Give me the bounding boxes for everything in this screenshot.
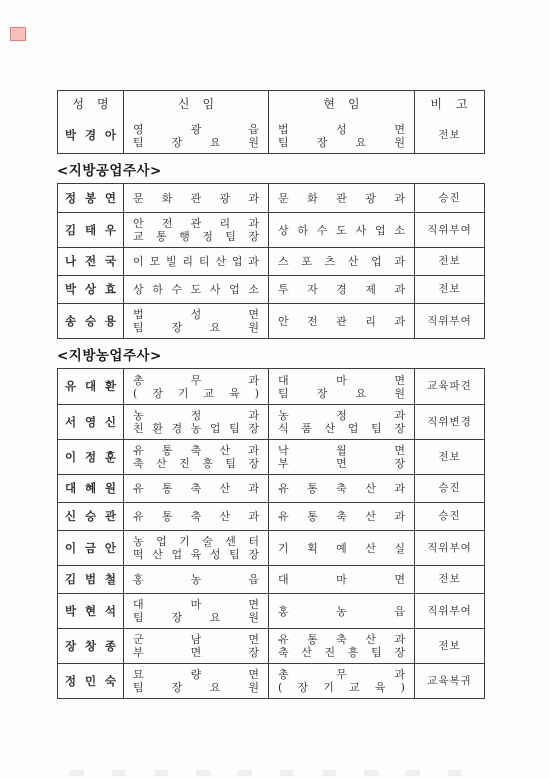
name-cell: 유대환 (58, 369, 123, 404)
new-position-cell: 영광읍팀장요원 (123, 118, 268, 153)
current-position-cell: 스포츠산업과 (268, 248, 414, 275)
column-header-current-position: 현임 (268, 91, 414, 118)
personnel-table: 성명 신임 현임 비고 박경아 영광읍팀장요원 법성면팀장요원 전보 (57, 90, 485, 154)
new-position-cell: 상하수도사업소 (123, 276, 268, 303)
current-position-cell: 농정과식품산업팀장 (268, 405, 414, 439)
table-row: 김태우 안전관리과교통행정팀장 상하수도사업소 직위부여 (58, 212, 484, 247)
section-block: <지방농업주사> 유대환 총무과(장기교육) 대마면팀장요원 교육파견 서영신 … (57, 339, 485, 699)
current-position-cell: 문화관광과 (268, 184, 414, 212)
new-position-cell: 홍농읍 (123, 566, 268, 593)
note-cell: 전보 (414, 629, 484, 663)
new-position-cell: 유통축산과축산진흥팀장 (123, 440, 268, 474)
note-cell: 직위부여 (414, 213, 484, 247)
name-cell: 박현석 (58, 594, 123, 628)
name-cell: 박상효 (58, 276, 123, 303)
column-header-label: 비고 (415, 98, 484, 111)
name-cell: 정민숙 (58, 664, 123, 698)
current-position-cell: 유통축산과 (268, 475, 414, 502)
note-cell: 전보 (414, 440, 484, 474)
table-row: 서영신 농정과친환경농업팀장 농정과식품산업팀장 직위변경 (58, 404, 484, 439)
table-row: 박상효 상하수도사업소 투자경제과 전보 (58, 275, 484, 303)
column-header-new-position: 신임 (123, 91, 268, 118)
name-cell: 박경아 (58, 118, 123, 153)
current-position-cell: 법성면팀장요원 (268, 118, 414, 153)
note-cell: 전보 (414, 566, 484, 593)
current-position-cell: 유통축산과 (268, 503, 414, 530)
current-position-cell: 유통축산과축산진흥팀장 (268, 629, 414, 663)
name-cell: 송승용 (58, 304, 123, 338)
personnel-table: 유대환 총무과(장기교육) 대마면팀장요원 교육파견 서영신 농정과친환경농업팀… (57, 368, 485, 699)
name-cell: 신승관 (58, 503, 123, 530)
table-row: 대혜원 유통축산과 유통축산과 승진 (58, 474, 484, 502)
current-position-cell: 총무과(장기교육) (268, 664, 414, 698)
note-cell: 교육복귀 (414, 664, 484, 698)
scan-artifact (70, 770, 490, 776)
column-header-note: 비고 (414, 91, 484, 118)
note-cell: 전보 (414, 248, 484, 275)
new-position-cell: 유통축산과 (123, 475, 268, 502)
new-position-cell: 농업기술센터떡산업육성팀장 (123, 531, 268, 565)
header-row: 성명 신임 현임 비고 (58, 91, 484, 118)
note-cell: 전보 (414, 118, 484, 153)
note-cell: 전보 (414, 276, 484, 303)
current-position-cell: 홍농읍 (268, 594, 414, 628)
name-cell: 이정훈 (58, 440, 123, 474)
name-cell: 장창종 (58, 629, 123, 663)
column-header-name: 성명 (58, 91, 123, 118)
table-row: 이정훈 유통축산과축산진흥팀장 낙월면부면장 전보 (58, 439, 484, 474)
note-cell: 승진 (414, 475, 484, 502)
name-cell: 이금안 (58, 531, 123, 565)
new-position-cell: 유통축산과 (123, 503, 268, 530)
table-row: 정봉연 문화관광과 문화관광과 승진 (58, 184, 484, 212)
column-header-label: 성명 (58, 98, 123, 111)
new-position-cell: 대마면팀장요원 (123, 594, 268, 628)
current-position-cell: 대마면 (268, 566, 414, 593)
note-cell: 교육파견 (414, 369, 484, 404)
name-cell: 김범철 (58, 566, 123, 593)
column-header-label: 신임 (124, 98, 268, 111)
table-row: 송승용 법성면팀장요원 안전관리과 직위부여 (58, 303, 484, 338)
section-block: <지방공업주사> 정봉연 문화관광과 문화관광과 승진 김태우 안전관리과교통행… (57, 154, 485, 339)
current-position-cell: 낙월면부면장 (268, 440, 414, 474)
current-position-cell: 대마면팀장요원 (268, 369, 414, 404)
table-row: 장창종 군남면부면장 유통축산과축산진흥팀장 전보 (58, 628, 484, 663)
name-cell: 김태우 (58, 213, 123, 247)
table-body: 유대환 총무과(장기교육) 대마면팀장요원 교육파견 서영신 농정과친환경농업팀… (58, 369, 484, 698)
note-cell: 승진 (414, 184, 484, 212)
name-cell: 나전국 (58, 248, 123, 275)
table-row: 정민숙 묘량면팀장요원 총무과(장기교육) 교육복귀 (58, 663, 484, 698)
name-cell: 대혜원 (58, 475, 123, 502)
column-header-label: 현임 (269, 98, 414, 111)
table-row: 나전국 이모빌리티산업과 스포츠산업과 전보 (58, 247, 484, 275)
red-mark-icon (10, 27, 26, 41)
current-position-cell: 안전관리과 (268, 304, 414, 338)
table-row: 김범철 홍농읍 대마면 전보 (58, 565, 484, 593)
section-title: <지방공업주사> (57, 154, 485, 183)
section-block: 성명 신임 현임 비고 박경아 영광읍팀장요원 법성면팀장요원 전보 (57, 90, 485, 154)
new-position-cell: 법성면팀장요원 (123, 304, 268, 338)
name-cell: 서영신 (58, 405, 123, 439)
new-position-cell: 이모빌리티산업과 (123, 248, 268, 275)
current-position-cell: 기획예산실 (268, 531, 414, 565)
table-row: 박현석 대마면팀장요원 홍농읍 직위부여 (58, 593, 484, 628)
section-title: <지방농업주사> (57, 339, 485, 368)
table-row: 신승관 유통축산과 유통축산과 승진 (58, 502, 484, 530)
new-position-cell: 농정과친환경농업팀장 (123, 405, 268, 439)
table-body: 정봉연 문화관광과 문화관광과 승진 김태우 안전관리과교통행정팀장 상하수도사… (58, 184, 484, 338)
table-row: 유대환 총무과(장기교육) 대마면팀장요원 교육파견 (58, 369, 484, 404)
personnel-table: 정봉연 문화관광과 문화관광과 승진 김태우 안전관리과교통행정팀장 상하수도사… (57, 183, 485, 339)
new-position-cell: 묘량면팀장요원 (123, 664, 268, 698)
note-cell: 직위부여 (414, 531, 484, 565)
note-cell: 직위부여 (414, 594, 484, 628)
note-cell: 직위변경 (414, 405, 484, 439)
current-position-cell: 투자경제과 (268, 276, 414, 303)
current-position-cell: 상하수도사업소 (268, 213, 414, 247)
new-position-cell: 총무과(장기교육) (123, 369, 268, 404)
name-cell: 정봉연 (58, 184, 123, 212)
note-cell: 직위부여 (414, 304, 484, 338)
page: { "colors": { "background": "#fdfdfd", "… (0, 0, 550, 778)
table-body: 박경아 영광읍팀장요원 법성면팀장요원 전보 (58, 118, 484, 153)
note-cell: 승진 (414, 503, 484, 530)
personnel-document: 성명 신임 현임 비고 박경아 영광읍팀장요원 법성면팀장요원 전보 <지방공업… (57, 90, 485, 699)
new-position-cell: 문화관광과 (123, 184, 268, 212)
new-position-cell: 안전관리과교통행정팀장 (123, 213, 268, 247)
new-position-cell: 군남면부면장 (123, 629, 268, 663)
table-row: 박경아 영광읍팀장요원 법성면팀장요원 전보 (58, 118, 484, 153)
table-row: 이금안 농업기술센터떡산업육성팀장 기획예산실 직위부여 (58, 530, 484, 565)
